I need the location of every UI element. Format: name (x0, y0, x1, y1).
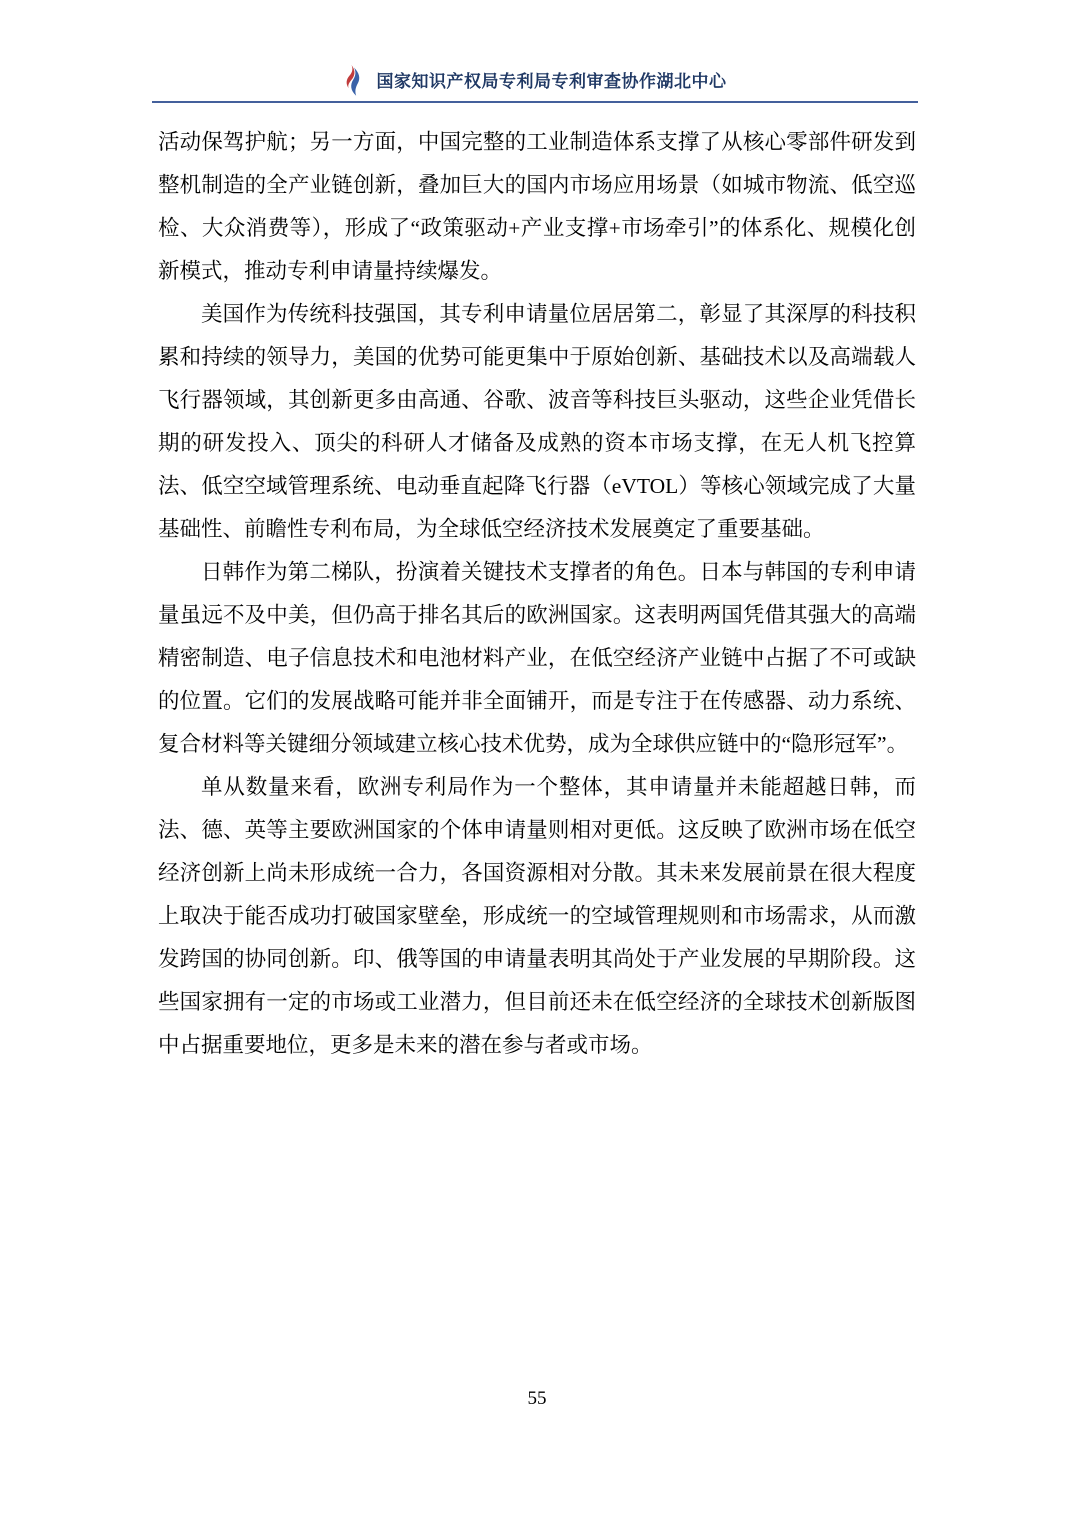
paragraph-3: 日韩作为第二梯队，扮演着关键技术支撑者的角色。日本与韩国的专利申请量虽远不及中美… (158, 551, 916, 766)
page-header: 国家知识产权局专利局专利审查协作湖北中心 (152, 0, 918, 103)
paragraph-4: 单从数量来看，欧洲专利局作为一个整体，其申请量并未能超越日韩，而法、德、英等主要… (158, 766, 916, 1067)
page-number: 55 (528, 1388, 547, 1409)
header-title: 国家知识产权局专利局专利审查协作湖北中心 (377, 67, 727, 92)
document-body: 活动保驾护航；另一方面，中国完整的工业制造体系支撑了从核心零部件研发到整机制造的… (158, 121, 916, 1067)
paragraph-2: 美国作为传统科技强国，其专利申请量位居居第二，彰显了其深厚的科技积累和持续的领导… (158, 293, 916, 551)
paragraph-1: 活动保驾护航；另一方面，中国完整的工业制造体系支撑了从核心零部件研发到整机制造的… (158, 121, 916, 293)
header-inner: 国家知识产权局专利局专利审查协作湖北中心 (152, 0, 918, 101)
document-page: 国家知识产权局专利局专利审查协作湖北中心 活动保驾护航；另一方面，中国完整的工业… (0, 0, 1074, 1520)
page-footer: 55 (0, 1388, 1074, 1410)
patent-center-logo-icon (344, 64, 364, 98)
